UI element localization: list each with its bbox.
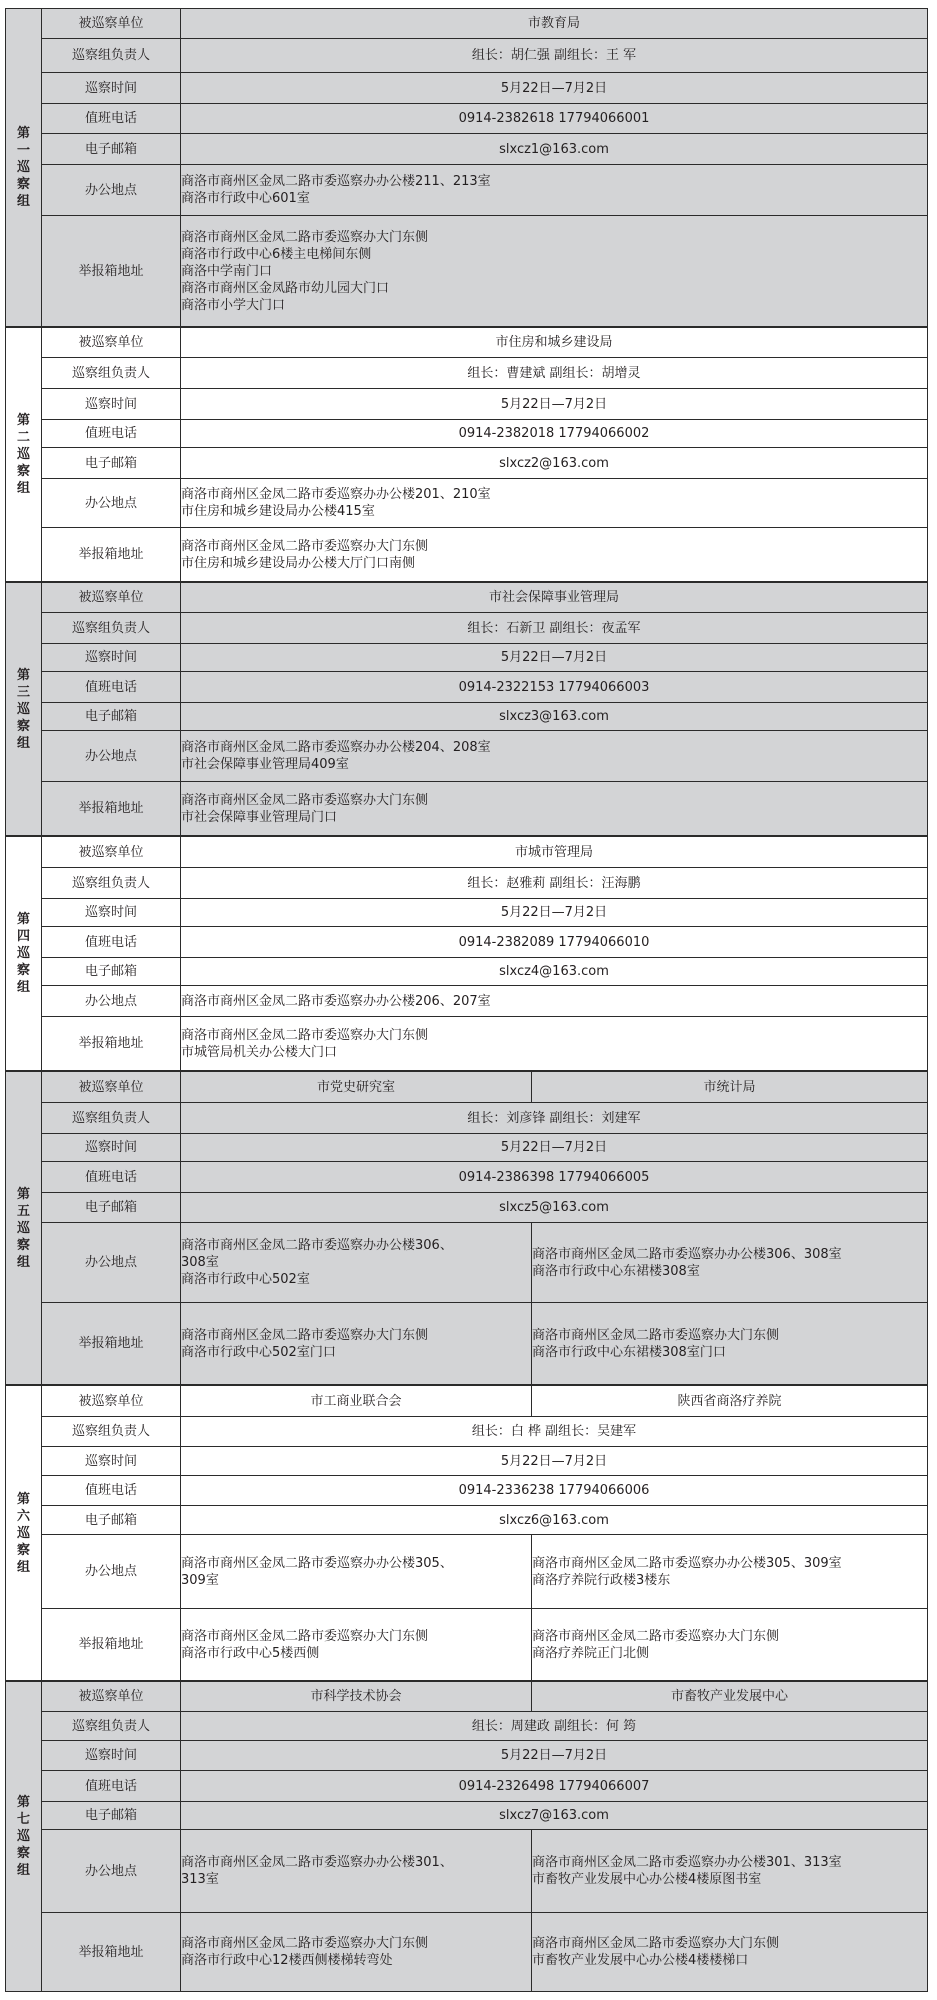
group-name-char: 巡 bbox=[6, 159, 41, 176]
group-name-char: 第 bbox=[6, 1491, 41, 1508]
group-name-char: 察 bbox=[6, 718, 41, 735]
group-name: 第一巡察组 bbox=[6, 9, 42, 327]
row-office: 办公地点商洛市商州区金凤二路市委巡察办办公楼211、213室商洛市行政中心601… bbox=[6, 165, 928, 216]
address-line: 市住房和城乡建设局办公楼415室 bbox=[181, 503, 927, 520]
row-label-unit: 被巡察单位 bbox=[42, 328, 181, 358]
row-box: 举报箱地址商洛市商州区金凤二路市委巡察办大门东侧商洛市行政中心502室门口商洛市… bbox=[6, 1303, 928, 1385]
address-line: 商洛市商州区金凤二路市委巡察办大门东侧 bbox=[181, 1327, 531, 1344]
inspection-group-2: 第二巡察组被巡察单位市住房和城乡建设局巡察组负责人组长：曹建斌 副组长：胡增灵巡… bbox=[5, 327, 928, 582]
address-line: 商洛市商州区金凤二路市委巡察办大门东侧 bbox=[532, 1327, 927, 1344]
row-label-box: 举报箱地址 bbox=[42, 1609, 181, 1681]
row-office: 办公地点商洛市商州区金凤二路市委巡察办办公楼206、207室 bbox=[6, 986, 928, 1017]
row-unit: 第三巡察组被巡察单位市社会保障事业管理局 bbox=[6, 583, 928, 613]
group-name-char: 第 bbox=[6, 1794, 41, 1811]
row-label-phone: 值班电话 bbox=[42, 672, 181, 703]
row-label-phone: 值班电话 bbox=[42, 420, 181, 448]
report-box-address: 商洛市商州区金凤二路市委巡察办大门东侧市住房和城乡建设局办公楼大厅门口南侧 bbox=[181, 528, 928, 582]
report-box-address: 商洛市商州区金凤二路市委巡察办大门东侧市畜牧产业发展中心办公楼4楼楼梯口 bbox=[532, 1913, 928, 1992]
inspected-unit: 陕西省商洛疗养院 bbox=[532, 1386, 928, 1417]
address-line: 商洛市行政中心6楼主电梯间东侧 bbox=[181, 246, 927, 263]
group-name-char: 察 bbox=[6, 1237, 41, 1254]
address-line: 商洛市商州区金凤二路市委巡察办办公楼306、 bbox=[181, 1237, 531, 1254]
address-line: 商洛市行政中心5楼西侧 bbox=[181, 1645, 531, 1662]
inspection-schedule-table: 第一巡察组被巡察单位市教育局巡察组负责人组长：胡仁强 副组长：王 军巡察时间5月… bbox=[5, 8, 928, 1992]
address-line: 商洛市商州区金凤二路市委巡察办办公楼305、309室 bbox=[532, 1555, 927, 1572]
group-name-char: 五 bbox=[6, 1203, 41, 1220]
group-name-char: 第 bbox=[6, 412, 41, 429]
time-value: 5月22日—7月2日 bbox=[181, 644, 928, 672]
inspection-group-6: 第六巡察组被巡察单位市工商业联合会陕西省商洛疗养院巡察组负责人组长：白 桦 副组… bbox=[5, 1385, 928, 1681]
group-name-char: 巡 bbox=[6, 701, 41, 718]
row-label-leader: 巡察组负责人 bbox=[42, 1417, 181, 1447]
address-line: 商洛市商州区金凤二路市委巡察办办公楼305、 bbox=[181, 1555, 531, 1572]
address-line: 商洛市行政中心601室 bbox=[181, 190, 927, 207]
address-line: 市城管局机关办公楼大门口 bbox=[181, 1044, 927, 1061]
address-line: 市住房和城乡建设局办公楼大厅门口南侧 bbox=[181, 555, 927, 572]
email-value: slxcz6@163.com bbox=[181, 1506, 928, 1535]
inspection-group-4: 第四巡察组被巡察单位市城市管理局巡察组负责人组长：赵雅莉 副组长：汪海鹏巡察时间… bbox=[5, 836, 928, 1071]
leader-value: 组长：曹建斌 副组长：胡增灵 bbox=[181, 358, 928, 389]
address-line: 市畜牧产业发展中心办公楼4楼楼梯口 bbox=[532, 1952, 927, 1969]
office-address: 商洛市商州区金凤二路市委巡察办办公楼301、313室市畜牧产业发展中心办公楼4楼… bbox=[532, 1830, 928, 1913]
group-name: 第二巡察组 bbox=[6, 328, 42, 582]
time-value: 5月22日—7月2日 bbox=[181, 1134, 928, 1162]
row-email: 电子邮箱slxcz1@163.com bbox=[6, 134, 928, 165]
row-leader: 巡察组负责人组长：刘彦锋 副组长：刘建军 bbox=[6, 1103, 928, 1134]
report-box-address: 商洛市商州区金凤二路市委巡察办大门东侧商洛市行政中心502室门口 bbox=[181, 1303, 532, 1385]
address-line: 商洛市行政中心东裙楼308室门口 bbox=[532, 1344, 927, 1361]
inspected-unit: 市城市管理局 bbox=[181, 837, 928, 868]
group-name-char: 巡 bbox=[6, 446, 41, 463]
leader-value: 组长：石新卫 副组长：夜孟军 bbox=[181, 613, 928, 644]
row-unit: 第六巡察组被巡察单位市工商业联合会陕西省商洛疗养院 bbox=[6, 1386, 928, 1417]
inspected-unit: 市住房和城乡建设局 bbox=[181, 328, 928, 358]
group-name-char: 察 bbox=[6, 962, 41, 979]
row-label-unit: 被巡察单位 bbox=[42, 1386, 181, 1417]
time-value: 5月22日—7月2日 bbox=[181, 1741, 928, 1771]
address-line: 商洛市商州区金凤二路市委巡察办大门东侧 bbox=[181, 1935, 531, 1952]
row-label-email: 电子邮箱 bbox=[42, 703, 181, 731]
row-leader: 巡察组负责人组长：石新卫 副组长：夜孟军 bbox=[6, 613, 928, 644]
address-line: 商洛市商州区金凤二路市委巡察办大门东侧 bbox=[181, 229, 927, 246]
address-line: 商洛市商州区金凤二路市委巡察办大门东侧 bbox=[532, 1935, 927, 1952]
email-value: slxcz2@163.com bbox=[181, 448, 928, 479]
address-line: 商洛市行政中心502室 bbox=[181, 1271, 531, 1288]
row-label-time: 巡察时间 bbox=[42, 73, 181, 104]
address-line: 商洛疗养院正门北侧 bbox=[532, 1645, 927, 1662]
address-line: 商洛市小学大门口 bbox=[181, 297, 927, 314]
address-line: 309室 bbox=[181, 1572, 531, 1589]
row-box: 举报箱地址商洛市商州区金凤二路市委巡察办大门东侧市社会保障事业管理局门口 bbox=[6, 782, 928, 836]
row-phone: 值班电话0914-2382018 17794066002 bbox=[6, 420, 928, 448]
row-label-time: 巡察时间 bbox=[42, 389, 181, 420]
email-value: slxcz4@163.com bbox=[181, 958, 928, 986]
row-email: 电子邮箱slxcz7@163.com bbox=[6, 1802, 928, 1830]
group-name: 第四巡察组 bbox=[6, 837, 42, 1071]
row-leader: 巡察组负责人组长：白 桦 副组长：吴建军 bbox=[6, 1417, 928, 1447]
address-line: 市社会保障事业管理局409室 bbox=[181, 756, 927, 773]
address-line: 商洛市商州区金凤二路市委巡察办大门东侧 bbox=[532, 1628, 927, 1645]
row-label-office: 办公地点 bbox=[42, 479, 181, 528]
office-address: 商洛市商州区金凤二路市委巡察办办公楼306、308室商洛市行政中心502室 bbox=[181, 1223, 532, 1303]
row-label-office: 办公地点 bbox=[42, 1535, 181, 1609]
inspected-unit: 市工商业联合会 bbox=[181, 1386, 532, 1417]
office-address: 商洛市商州区金凤二路市委巡察办办公楼211、213室商洛市行政中心601室 bbox=[181, 165, 928, 216]
address-line: 商洛市商州区金凤二路市委巡察办大门东侧 bbox=[181, 538, 927, 555]
leader-value: 组长：赵雅莉 副组长：汪海鹏 bbox=[181, 868, 928, 899]
time-value: 5月22日—7月2日 bbox=[181, 389, 928, 420]
office-address: 商洛市商州区金凤二路市委巡察办办公楼306、308室商洛市行政中心东裙楼308室 bbox=[532, 1223, 928, 1303]
row-email: 电子邮箱slxcz4@163.com bbox=[6, 958, 928, 986]
row-leader: 巡察组负责人组长：周建政 副组长：何 筠 bbox=[6, 1712, 928, 1741]
address-line: 313室 bbox=[181, 1871, 531, 1888]
row-label-leader: 巡察组负责人 bbox=[42, 39, 181, 73]
group-name-char: 组 bbox=[6, 480, 41, 497]
address-line: 商洛市行政中心东裙楼308室 bbox=[532, 1263, 927, 1280]
row-email: 电子邮箱slxcz6@163.com bbox=[6, 1506, 928, 1535]
address-line: 商洛市行政中心12楼西侧楼梯转弯处 bbox=[181, 1952, 531, 1969]
inspection-group-1: 第一巡察组被巡察单位市教育局巡察组负责人组长：胡仁强 副组长：王 军巡察时间5月… bbox=[5, 8, 928, 327]
email-value: slxcz7@163.com bbox=[181, 1802, 928, 1830]
address-line: 商洛市商州区金凤二路市委巡察办办公楼204、208室 bbox=[181, 739, 927, 756]
inspection-group-7: 第七巡察组被巡察单位市科学技术协会市畜牧产业发展中心巡察组负责人组长：周建政 副… bbox=[5, 1681, 928, 1992]
inspected-unit: 市畜牧产业发展中心 bbox=[532, 1682, 928, 1712]
row-label-office: 办公地点 bbox=[42, 165, 181, 216]
office-address: 商洛市商州区金凤二路市委巡察办办公楼305、309室商洛疗养院行政楼3楼东 bbox=[532, 1535, 928, 1609]
row-label-box: 举报箱地址 bbox=[42, 216, 181, 327]
office-address: 商洛市商州区金凤二路市委巡察办办公楼201、210室市住房和城乡建设局办公楼41… bbox=[181, 479, 928, 528]
group-name: 第五巡察组 bbox=[6, 1072, 42, 1385]
report-box-address: 商洛市商州区金凤二路市委巡察办大门东侧商洛市行政中心12楼西侧楼梯转弯处 bbox=[181, 1913, 532, 1992]
phone-value: 0914-2336238 17794066006 bbox=[181, 1476, 928, 1506]
row-email: 电子邮箱slxcz5@163.com bbox=[6, 1193, 928, 1223]
group-name-char: 第 bbox=[6, 1186, 41, 1203]
row-label-box: 举报箱地址 bbox=[42, 1303, 181, 1385]
row-label-time: 巡察时间 bbox=[42, 644, 181, 672]
row-phone: 值班电话0914-2336238 17794066006 bbox=[6, 1476, 928, 1506]
inspected-unit: 市科学技术协会 bbox=[181, 1682, 532, 1712]
row-unit: 第四巡察组被巡察单位市城市管理局 bbox=[6, 837, 928, 868]
row-unit: 第七巡察组被巡察单位市科学技术协会市畜牧产业发展中心 bbox=[6, 1682, 928, 1712]
row-label-leader: 巡察组负责人 bbox=[42, 1712, 181, 1741]
group-name-char: 察 bbox=[6, 1542, 41, 1559]
row-label-unit: 被巡察单位 bbox=[42, 583, 181, 613]
row-label-box: 举报箱地址 bbox=[42, 1017, 181, 1071]
group-name-char: 组 bbox=[6, 1254, 41, 1271]
group-name-char: 巡 bbox=[6, 1220, 41, 1237]
row-label-time: 巡察时间 bbox=[42, 1134, 181, 1162]
row-unit: 第二巡察组被巡察单位市住房和城乡建设局 bbox=[6, 328, 928, 358]
address-line: 商洛市商州区金凤二路市委巡察办办公楼206、207室 bbox=[181, 993, 927, 1010]
group-name-char: 第 bbox=[6, 911, 41, 928]
row-phone: 值班电话0914-2382618 17794066001 bbox=[6, 104, 928, 134]
row-label-leader: 巡察组负责人 bbox=[42, 613, 181, 644]
row-label-email: 电子邮箱 bbox=[42, 448, 181, 479]
row-time: 巡察时间5月22日—7月2日 bbox=[6, 1134, 928, 1162]
address-line: 市社会保障事业管理局门口 bbox=[181, 809, 927, 826]
group-name-char: 组 bbox=[6, 979, 41, 996]
row-label-time: 巡察时间 bbox=[42, 1447, 181, 1476]
row-office: 办公地点商洛市商州区金凤二路市委巡察办办公楼204、208室市社会保障事业管理局… bbox=[6, 731, 928, 782]
row-time: 巡察时间5月22日—7月2日 bbox=[6, 1741, 928, 1771]
row-label-phone: 值班电话 bbox=[42, 1771, 181, 1802]
address-line: 商洛市商州区金凤路市幼儿园大门口 bbox=[181, 280, 927, 297]
address-line: 商洛市商州区金凤二路市委巡察办办公楼301、 bbox=[181, 1854, 531, 1871]
row-label-unit: 被巡察单位 bbox=[42, 9, 181, 39]
row-label-email: 电子邮箱 bbox=[42, 134, 181, 165]
row-label-email: 电子邮箱 bbox=[42, 1802, 181, 1830]
office-address: 商洛市商州区金凤二路市委巡察办办公楼206、207室 bbox=[181, 986, 928, 1017]
row-email: 电子邮箱slxcz3@163.com bbox=[6, 703, 928, 731]
row-box: 举报箱地址商洛市商州区金凤二路市委巡察办大门东侧商洛市行政中心12楼西侧楼梯转弯… bbox=[6, 1913, 928, 1992]
row-label-unit: 被巡察单位 bbox=[42, 1072, 181, 1103]
row-label-email: 电子邮箱 bbox=[42, 958, 181, 986]
inspected-unit: 市统计局 bbox=[532, 1072, 928, 1103]
row-office: 办公地点商洛市商州区金凤二路市委巡察办办公楼305、309室商洛市商州区金凤二路… bbox=[6, 1535, 928, 1609]
row-label-email: 电子邮箱 bbox=[42, 1506, 181, 1535]
address-line: 商洛疗养院行政楼3楼东 bbox=[532, 1572, 927, 1589]
phone-value: 0914-2382089 17794066010 bbox=[181, 927, 928, 958]
phone-value: 0914-2382618 17794066001 bbox=[181, 104, 928, 134]
row-label-phone: 值班电话 bbox=[42, 1476, 181, 1506]
report-box-address: 商洛市商州区金凤二路市委巡察办大门东侧商洛市行政中心东裙楼308室门口 bbox=[532, 1303, 928, 1385]
time-value: 5月22日—7月2日 bbox=[181, 1447, 928, 1476]
row-label-phone: 值班电话 bbox=[42, 927, 181, 958]
group-name-char: 组 bbox=[6, 735, 41, 752]
row-phone: 值班电话0914-2326498 17794066007 bbox=[6, 1771, 928, 1802]
row-leader: 巡察组负责人组长：曹建斌 副组长：胡增灵 bbox=[6, 358, 928, 389]
group-name-char: 组 bbox=[6, 1559, 41, 1576]
address-line: 商洛市行政中心502室门口 bbox=[181, 1344, 531, 1361]
row-label-email: 电子邮箱 bbox=[42, 1193, 181, 1223]
time-value: 5月22日—7月2日 bbox=[181, 899, 928, 927]
address-line: 商洛市商州区金凤二路市委巡察办办公楼301、313室 bbox=[532, 1854, 927, 1871]
group-name-char: 巡 bbox=[6, 945, 41, 962]
row-label-time: 巡察时间 bbox=[42, 1741, 181, 1771]
row-label-unit: 被巡察单位 bbox=[42, 1682, 181, 1712]
phone-value: 0914-2326498 17794066007 bbox=[181, 1771, 928, 1802]
group-name-char: 四 bbox=[6, 928, 41, 945]
row-label-leader: 巡察组负责人 bbox=[42, 1103, 181, 1134]
group-name-char: 二 bbox=[6, 429, 41, 446]
group-name-char: 组 bbox=[6, 1862, 41, 1879]
row-phone: 值班电话0914-2386398 17794066005 bbox=[6, 1162, 928, 1193]
row-office: 办公地点商洛市商州区金凤二路市委巡察办办公楼301、313室商洛市商州区金凤二路… bbox=[6, 1830, 928, 1913]
row-label-office: 办公地点 bbox=[42, 731, 181, 782]
group-name-char: 组 bbox=[6, 193, 41, 210]
row-leader: 巡察组负责人组长：胡仁强 副组长：王 军 bbox=[6, 39, 928, 73]
report-box-address: 商洛市商州区金凤二路市委巡察办大门东侧市城管局机关办公楼大门口 bbox=[181, 1017, 928, 1071]
row-label-box: 举报箱地址 bbox=[42, 528, 181, 582]
office-address: 商洛市商州区金凤二路市委巡察办办公楼204、208室市社会保障事业管理局409室 bbox=[181, 731, 928, 782]
row-time: 巡察时间5月22日—7月2日 bbox=[6, 389, 928, 420]
time-value: 5月22日—7月2日 bbox=[181, 73, 928, 104]
email-value: slxcz3@163.com bbox=[181, 703, 928, 731]
row-office: 办公地点商洛市商州区金凤二路市委巡察办办公楼201、210室市住房和城乡建设局办… bbox=[6, 479, 928, 528]
address-line: 商洛市商州区金凤二路市委巡察办办公楼211、213室 bbox=[181, 173, 927, 190]
address-line: 商洛中学南门口 bbox=[181, 263, 927, 280]
group-name-char: 察 bbox=[6, 176, 41, 193]
address-line: 商洛市商州区金凤二路市委巡察办办公楼201、210室 bbox=[181, 486, 927, 503]
row-label-leader: 巡察组负责人 bbox=[42, 358, 181, 389]
row-label-leader: 巡察组负责人 bbox=[42, 868, 181, 899]
inspected-unit: 市教育局 bbox=[181, 9, 928, 39]
address-line: 商洛市商州区金凤二路市委巡察办大门东侧 bbox=[181, 1628, 531, 1645]
group-name-char: 察 bbox=[6, 1845, 41, 1862]
group-name-char: 一 bbox=[6, 142, 41, 159]
row-phone: 值班电话0914-2322153 17794066003 bbox=[6, 672, 928, 703]
group-name-char: 察 bbox=[6, 463, 41, 480]
group-name-char: 巡 bbox=[6, 1525, 41, 1542]
inspected-unit: 市党史研究室 bbox=[181, 1072, 532, 1103]
row-time: 巡察时间5月22日—7月2日 bbox=[6, 1447, 928, 1476]
inspection-group-5: 第五巡察组被巡察单位市党史研究室市统计局巡察组负责人组长：刘彦锋 副组长：刘建军… bbox=[5, 1071, 928, 1385]
phone-value: 0914-2386398 17794066005 bbox=[181, 1162, 928, 1193]
row-label-unit: 被巡察单位 bbox=[42, 837, 181, 868]
group-name-char: 六 bbox=[6, 1508, 41, 1525]
group-name-char: 巡 bbox=[6, 1828, 41, 1845]
email-value: slxcz5@163.com bbox=[181, 1193, 928, 1223]
row-box: 举报箱地址商洛市商州区金凤二路市委巡察办大门东侧市住房和城乡建设局办公楼大厅门口… bbox=[6, 528, 928, 582]
report-box-address: 商洛市商州区金凤二路市委巡察办大门东侧商洛市行政中心5楼西侧 bbox=[181, 1609, 532, 1681]
row-label-phone: 值班电话 bbox=[42, 1162, 181, 1193]
email-value: slxcz1@163.com bbox=[181, 134, 928, 165]
address-line: 商洛市商州区金凤二路市委巡察办大门东侧 bbox=[181, 1027, 927, 1044]
phone-value: 0914-2322153 17794066003 bbox=[181, 672, 928, 703]
address-line: 商洛市商州区金凤二路市委巡察办办公楼306、308室 bbox=[532, 1246, 927, 1263]
row-time: 巡察时间5月22日—7月2日 bbox=[6, 644, 928, 672]
leader-value: 组长：周建政 副组长：何 筠 bbox=[181, 1712, 928, 1741]
phone-value: 0914-2382018 17794066002 bbox=[181, 420, 928, 448]
row-office: 办公地点商洛市商州区金凤二路市委巡察办办公楼306、308室商洛市行政中心502… bbox=[6, 1223, 928, 1303]
address-line: 商洛市商州区金凤二路市委巡察办大门东侧 bbox=[181, 792, 927, 809]
group-name: 第三巡察组 bbox=[6, 583, 42, 836]
row-email: 电子邮箱slxcz2@163.com bbox=[6, 448, 928, 479]
report-box-address: 商洛市商州区金凤二路市委巡察办大门东侧商洛市行政中心6楼主电梯间东侧商洛中学南门… bbox=[181, 216, 928, 327]
row-label-office: 办公地点 bbox=[42, 1830, 181, 1913]
row-box: 举报箱地址商洛市商州区金凤二路市委巡察办大门东侧市城管局机关办公楼大门口 bbox=[6, 1017, 928, 1071]
row-box: 举报箱地址商洛市商州区金凤二路市委巡察办大门东侧商洛市行政中心5楼西侧商洛市商州… bbox=[6, 1609, 928, 1681]
office-address: 商洛市商州区金凤二路市委巡察办办公楼301、313室 bbox=[181, 1830, 532, 1913]
leader-value: 组长：白 桦 副组长：吴建军 bbox=[181, 1417, 928, 1447]
group-name-char: 第 bbox=[6, 125, 41, 142]
leader-value: 组长：胡仁强 副组长：王 军 bbox=[181, 39, 928, 73]
row-leader: 巡察组负责人组长：赵雅莉 副组长：汪海鹏 bbox=[6, 868, 928, 899]
row-time: 巡察时间5月22日—7月2日 bbox=[6, 899, 928, 927]
row-label-box: 举报箱地址 bbox=[42, 1913, 181, 1992]
group-name: 第七巡察组 bbox=[6, 1682, 42, 1992]
row-unit: 第一巡察组被巡察单位市教育局 bbox=[6, 9, 928, 39]
group-name-char: 七 bbox=[6, 1811, 41, 1828]
group-name-char: 第 bbox=[6, 667, 41, 684]
address-line: 308室 bbox=[181, 1254, 531, 1271]
report-box-address: 商洛市商州区金凤二路市委巡察办大门东侧商洛疗养院正门北侧 bbox=[532, 1609, 928, 1681]
row-phone: 值班电话0914-2382089 17794066010 bbox=[6, 927, 928, 958]
inspected-unit: 市社会保障事业管理局 bbox=[181, 583, 928, 613]
row-label-office: 办公地点 bbox=[42, 1223, 181, 1303]
row-time: 巡察时间5月22日—7月2日 bbox=[6, 73, 928, 104]
row-label-office: 办公地点 bbox=[42, 986, 181, 1017]
leader-value: 组长：刘彦锋 副组长：刘建军 bbox=[181, 1103, 928, 1134]
office-address: 商洛市商州区金凤二路市委巡察办办公楼305、309室 bbox=[181, 1535, 532, 1609]
address-line: 市畜牧产业发展中心办公楼4楼原图书室 bbox=[532, 1871, 927, 1888]
group-name: 第六巡察组 bbox=[6, 1386, 42, 1681]
row-box: 举报箱地址商洛市商州区金凤二路市委巡察办大门东侧商洛市行政中心6楼主电梯间东侧商… bbox=[6, 216, 928, 327]
report-box-address: 商洛市商州区金凤二路市委巡察办大门东侧市社会保障事业管理局门口 bbox=[181, 782, 928, 836]
row-label-phone: 值班电话 bbox=[42, 104, 181, 134]
row-label-time: 巡察时间 bbox=[42, 899, 181, 927]
group-name-char: 三 bbox=[6, 684, 41, 701]
inspection-group-3: 第三巡察组被巡察单位市社会保障事业管理局巡察组负责人组长：石新卫 副组长：夜孟军… bbox=[5, 582, 928, 836]
row-unit: 第五巡察组被巡察单位市党史研究室市统计局 bbox=[6, 1072, 928, 1103]
row-label-box: 举报箱地址 bbox=[42, 782, 181, 836]
